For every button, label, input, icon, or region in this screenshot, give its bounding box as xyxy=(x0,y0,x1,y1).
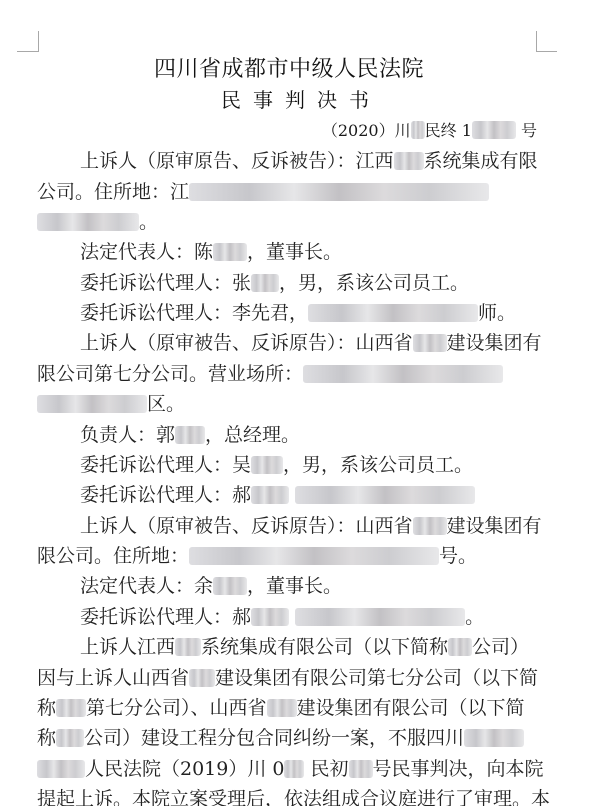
paragraph-line: 上诉人（原审原告、反诉被告）：江西系统集成有限 xyxy=(80,150,570,172)
redacted-text xyxy=(175,638,201,656)
redacted-text xyxy=(189,547,439,565)
paragraph-line: 因与上诉人山西省建设集团有限公司第七分公司（以下简 xyxy=(37,667,527,689)
paragraph-line: 提起上诉。本院立案受理后，依法组成合议庭进行了审理。本 xyxy=(37,788,527,806)
redacted-text xyxy=(267,699,297,717)
redacted-text xyxy=(411,121,425,139)
redacted-text xyxy=(37,760,85,778)
paragraph-line: 委托诉讼代理人：郝 。 xyxy=(80,606,570,628)
paragraph-line: 法定代表人：陈，董事长。 xyxy=(80,241,570,263)
page-corner-mark-top-right xyxy=(536,31,558,53)
redacted-text xyxy=(251,456,283,474)
paragraph-line: 。 xyxy=(37,211,527,233)
paragraph-line: 委托诉讼代理人：郝 xyxy=(80,484,570,506)
redacted-text xyxy=(56,729,84,747)
court-name-heading: 四川省成都市中级人民法院 xyxy=(0,56,578,84)
redacted-text xyxy=(189,183,489,201)
redacted-text xyxy=(413,334,447,352)
redacted-text xyxy=(295,486,475,504)
redacted-text xyxy=(251,608,289,626)
document-type-heading: 民事判决书 xyxy=(0,86,590,114)
paragraph-line: 公司。住所地：江 xyxy=(37,181,527,203)
paragraph-line: 委托诉讼代理人：吴，男，系该公司员工。 xyxy=(80,454,570,476)
redacted-text xyxy=(308,304,478,322)
redacted-text xyxy=(464,729,524,747)
paragraph-line: 委托诉讼代理人：张，男，系该公司员工。 xyxy=(80,272,570,294)
redacted-text xyxy=(349,760,373,778)
paragraph-line: 称公司）建设工程分包合同纠纷一案，不服四川 xyxy=(37,727,527,749)
redacted-text xyxy=(37,395,147,413)
paragraph-line: 负责人：郭，总经理。 xyxy=(80,424,570,446)
redacted-text xyxy=(303,365,503,383)
redacted-text xyxy=(213,577,247,595)
paragraph-line: 上诉人江西系统集成有限公司（以下简称公司） xyxy=(80,636,570,658)
redacted-text xyxy=(175,426,205,444)
paragraph-line: 限公司。住所地：号。 xyxy=(37,545,527,567)
redacted-text xyxy=(394,152,424,170)
paragraph-line: 委托诉讼代理人：李先君，师。 xyxy=(80,302,570,324)
redacted-text xyxy=(213,243,247,261)
paragraph-line: 称第七分公司）、山西省建设集团有限公司（以下简 xyxy=(37,697,527,719)
redacted-text xyxy=(284,760,304,778)
paragraph-line: 法定代表人：余，董事长。 xyxy=(80,575,570,597)
paragraph-line: 区。 xyxy=(37,393,527,415)
redacted-text xyxy=(56,699,86,717)
redacted-text xyxy=(251,486,289,504)
redacted-text xyxy=(189,669,215,687)
case-number: （2020）川民终 1 号 xyxy=(322,120,537,142)
paragraph-line: 上诉人（原审被告、反诉原告）：山西省建设集团有 xyxy=(80,332,570,354)
redacted-text xyxy=(251,274,279,292)
redacted-text xyxy=(413,517,447,535)
paragraph-line: 人民法院（2019）川 0 民初号民事判决，向本院 xyxy=(37,758,527,780)
redacted-text xyxy=(295,608,465,626)
page-corner-mark-top-left xyxy=(17,31,39,53)
paragraph-line: 限公司第七分公司。营业场所： xyxy=(37,363,527,385)
redacted-text xyxy=(472,121,516,139)
paragraph-line: 上诉人（原审被告、反诉原告）：山西省建设集团有 xyxy=(80,515,570,537)
redacted-text xyxy=(37,213,139,231)
redacted-text xyxy=(448,638,472,656)
